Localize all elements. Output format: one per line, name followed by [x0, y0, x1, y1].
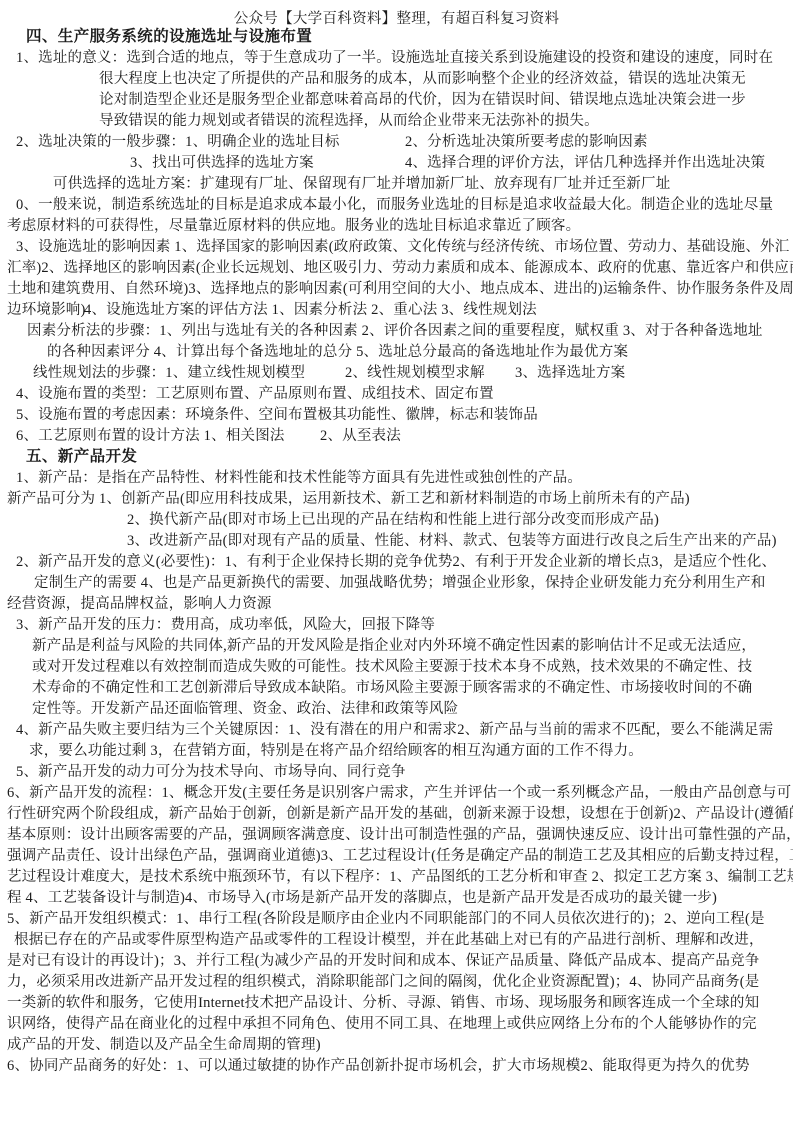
- text-line: 行性研究两个阶段组成，新产品始于创新，创新是新产品开发的基础，创新来源于设想，设…: [7, 806, 793, 822]
- text-line: 艺过程设计难度大，是技术系统中瓶颈环节，有以下程序：1、产品图纸的工艺分析和审查…: [7, 869, 793, 885]
- text-line: 5、新产品开发组织模式：1、串行工程(各阶段是顺序由企业内不同职能部门的不同人员…: [7, 911, 765, 927]
- text-line: 2、线性规划模型求解: [345, 365, 485, 381]
- text-line: 定性等。开发新产品还面临管理、资金、政治、法律和政策等风险: [32, 701, 458, 717]
- text-line: 程 4、工艺装备设计与制造)4、市场导入(市场是新产品开发的落脚点，也是新产品开…: [7, 890, 717, 906]
- text-line: 3、选择选址方案: [515, 365, 625, 381]
- text-line: 求，要么功能过剩 3，在营销方面，特别是在将产品介绍给顾客的相互沟通方面的工作不…: [29, 743, 643, 759]
- page-header-note: 公众号【大学百科资料】整理，有超百科复习资料: [0, 7, 793, 28]
- text-line: 很大程度上也决定了所提供的产品和服务的成本，从而影响整个企业的经济效益，错误的选…: [99, 71, 746, 87]
- text-line: 经营资源，提高品牌权益，影响人力资源: [7, 596, 272, 612]
- text-line: 汇率)2、选择地区的影响因素(企业长远规划、地区吸引力、劳动力素质和成本、能源成…: [7, 260, 793, 276]
- text-line: 可供选择的选址方案：扩建现有厂址、保留现有厂址并增加新厂址、放弃现有厂址并迁至新…: [53, 176, 670, 192]
- text-line: 识网络，使得产品在商业化的过程中承担不同角色、使用不同工具、在地理上或供应网络上…: [7, 1016, 757, 1032]
- section-heading: 四、生产服务系统的设施选址与设施布置: [26, 29, 312, 45]
- text-line: 一类新的软件和服务，它使用Internet技术把产品设计、分析、寻源、销售、市场…: [7, 995, 759, 1011]
- text-line: 是对已有设计的再设计)；3、并行工程(为减少产品的开发时间和成本、保证产品质量、…: [7, 953, 760, 969]
- document-page: 公众号【大学百科资料】整理，有超百科复习资料 四、生产服务系统的设施选址与设施布…: [0, 0, 793, 1122]
- text-line: 4、设施布置的类型：工艺原则布置、产品原则布置、成组技术、固定布置: [16, 386, 494, 402]
- text-line: 土地和建筑费用、自然环境)3、选择地点的影响因素(可利用空间的大小、地点成本、进…: [7, 281, 793, 297]
- text-line: 因素分析法的步骤：1、列出与选址有关的各种因素 2、评价各因素之间的重要程度，赋…: [27, 323, 763, 339]
- text-line: 定制生产的需要 4、也是产品更新换代的需要、加强战略优势；增强企业形象，保持企业…: [34, 575, 766, 591]
- text-line: 6、新产品开发的流程：1、概念开发(主要任务是识别客户需求，产生并评估一个或一系…: [7, 785, 791, 801]
- text-line: 导致错误的能力规划或者错误的流程选择，从而给企业带来无法弥补的损失。: [99, 113, 599, 129]
- text-line: 2、换代新产品(即对市场上已出现的产品在结构和性能上进行部分改变而形成产品): [127, 512, 659, 528]
- text-line: 或对开发过程难以有效控制而造成失败的可能性。技术风险主要源于技术本身不成熟，技术…: [32, 659, 752, 675]
- text-line: 考虑原材料的可获得性，尽量靠近原材料的供应地。服务业的选址目标追求靠近了顾客。: [7, 218, 580, 234]
- text-line: 2、选址决策的一般步骤：1、明确企业的选址目标: [16, 134, 340, 150]
- text-line: 5、设施布置的考虑因素：环境条件、空间布置极其功能性、徽牌，标志和装饰品: [16, 407, 538, 423]
- text-line: 力，必须采用改进新产品开发过程的组织模式，消除职能部门之间的隔阂，优化企业资源配…: [7, 974, 760, 990]
- text-line: 3、找出可供选择的选址方案: [130, 155, 314, 171]
- text-line: 论对制造型企业还是服务型企业都意味着高昂的代价，因为在错误时间、错误地点选址决策…: [99, 92, 746, 108]
- text-line: 成产品的开发、制造以及产品全生命周期的管理): [7, 1037, 321, 1053]
- section-heading: 五、新产品开发: [26, 449, 137, 465]
- text-line: 2、分析选址决策所要考虑的影响因素: [405, 134, 648, 150]
- text-line: 根据已存在的产品或零件原型构造产品或零件的工程设计模型，并在此基础上对已有的产品…: [14, 932, 764, 948]
- text-line: 1、选址的意义：选到合适的地点，等于生意成功了一半。设施选址直接关系到设施建设的…: [16, 50, 773, 66]
- text-line: 3、新产品开发的压力：费用高，成功率低，风险大，回报下降等: [16, 617, 435, 633]
- text-line: 的各种因素评分 4、计算出每个备选地址的总分 5、选址总分最高的备选地址作为最优…: [47, 344, 628, 360]
- text-line: 1、新产品：是指在产品特性、材料性能和技术性能等方面具有先进性或独创性的产品。: [16, 470, 582, 486]
- text-line: 5、新产品开发的动力可分为技术导向、市场导向、同行竞争: [16, 764, 406, 780]
- text-line: 边环境影响): [7, 302, 86, 318]
- text-line: 2、新产品开发的意义(必要性)：1、有利于企业保持长期的竞争优势2、有利于开发企…: [16, 554, 776, 570]
- text-line: 4、设施选址方案的评估方法 1、因素分析法 2、重心法 3、线性规划法: [84, 302, 537, 318]
- text-line: 6、工艺原则布置的设计方法 1、相关图法: [16, 428, 285, 444]
- text-line: 3、改进新产品(即对现有产品的质量、性能、材料、款式、包装等方面进行改良之后生产…: [127, 533, 777, 549]
- text-line: 3、设施选址的影响因素 1、选择国家的影响因素(政府政策、文化传统与经济传统、市…: [16, 239, 789, 255]
- text-line: 术寿命的不确定性和工艺创新滞后导致成本缺陷。市场风险主要源于顾客需求的不确定性、…: [32, 680, 752, 696]
- text-line: 新产品是利益与风险的共同体,新产品的开发风险是指企业对内外环境不确定性因素的影响…: [32, 638, 756, 654]
- text-line: 新产品可分为 1、创新产品(即应用科技成果，运用新技术、新工艺和新材料制造的市场…: [7, 491, 690, 507]
- text-line: 基本原则：设计出顾客需要的产品，强调顾客满意度、设计出可制造性强的产品，强调快速…: [7, 827, 793, 843]
- text-line: 6、协同产品商务的好处：1、可以通过敏捷的协作产品创新扑捉市场机会，扩大市场规模…: [7, 1058, 750, 1074]
- text-line: 4、选择合理的评价方法，评估几种选择并作出选址决策: [405, 155, 765, 171]
- text-line: 强调产品责任、设计出绿色产品，强调商业道德)3、工艺过程设计(任务是确定产品的制…: [7, 848, 793, 864]
- text-line: 线性规划法的步骤：1、建立线性规划模型: [33, 365, 305, 381]
- text-line: 2、从至表法: [320, 428, 401, 444]
- text-line: 0、一般来说，制造系统选址的目标是追求成本最小化，而服务业选址的目标是追求收益最…: [16, 197, 773, 213]
- text-line: 4、新产品失败主要归结为三个关键原因：1、没有潜在的用户和需求2、新产品与当前的…: [16, 722, 773, 738]
